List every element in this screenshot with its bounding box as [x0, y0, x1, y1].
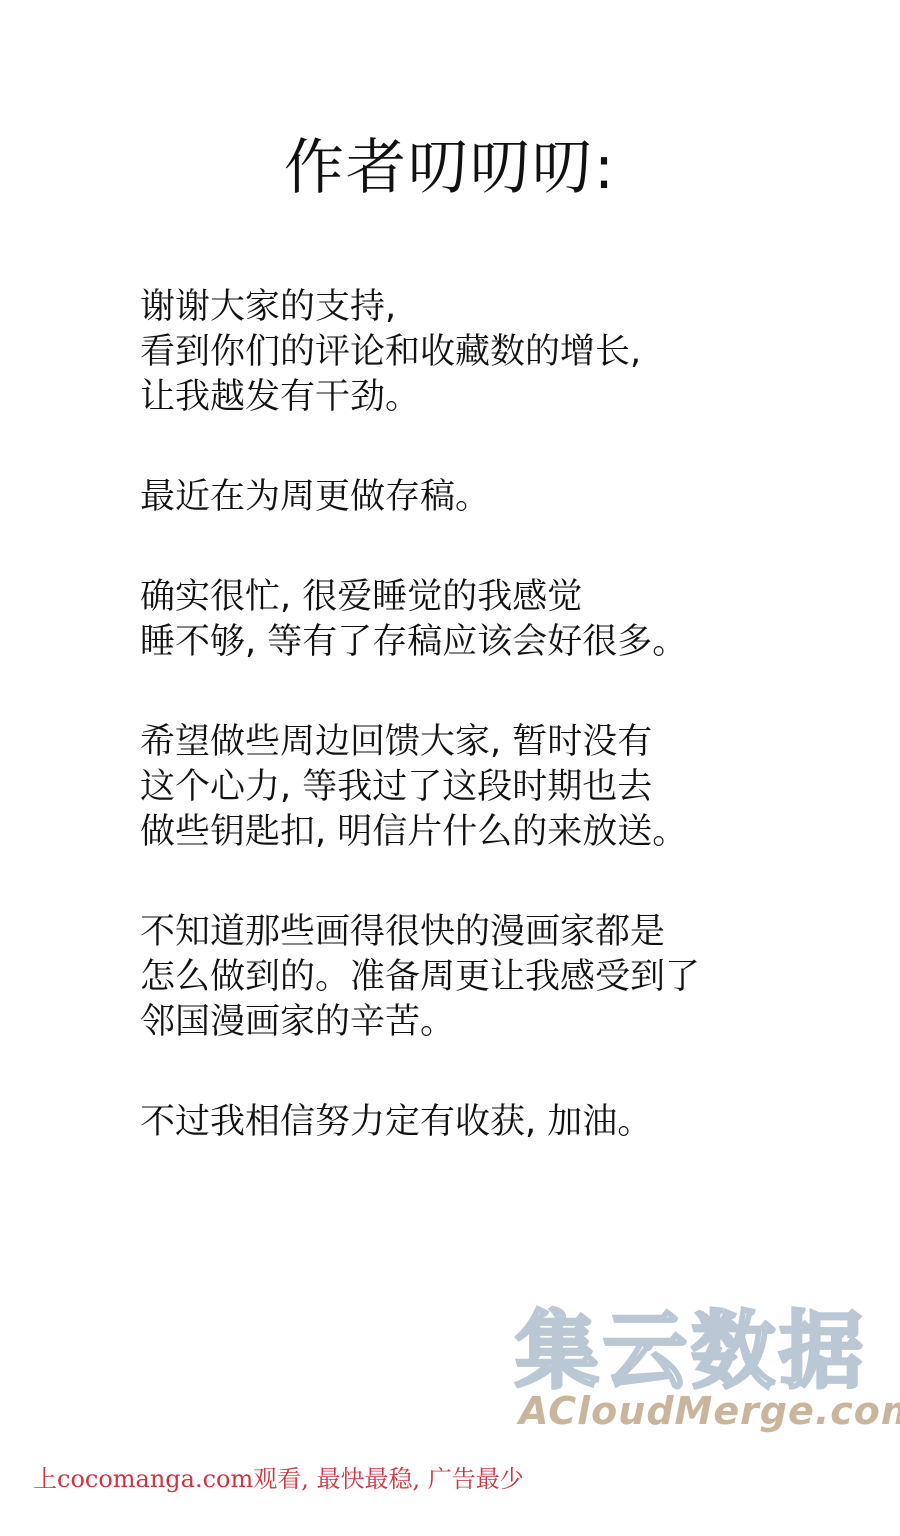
paragraph-weekly-update: 最近在为周更做存稿。: [140, 475, 840, 520]
footer-ad-link[interactable]: 上cocomanga.com观看, 最快最稳, 广告最少: [33, 1462, 524, 1496]
watermark-chinese-text: 集云数据: [515, 1305, 867, 1397]
paragraph-manga-artists: 不知道那些画得很快的漫画家都是 怎么做到的。准备周更让我感受到了 邻国漫画家的辛…: [140, 910, 840, 1045]
text-line: 做些钥匙扣, 明信片什么的来放送。: [140, 810, 840, 855]
text-line: 不过我相信努力定有收获, 加油。: [140, 1100, 840, 1145]
paragraph-busy: 确实很忙, 很爱睡觉的我感觉 睡不够, 等有了存稿应该会好很多。: [140, 575, 840, 665]
text-line: 让我越发有干劲。: [140, 375, 840, 420]
page-title: 作者叨叨叨:: [0, 128, 900, 208]
text-line: 睡不够, 等有了存稿应该会好很多。: [140, 620, 840, 665]
watermark-logo: 集云数据 ACloudMerge.com: [515, 1305, 895, 1435]
paragraph-thanks: 谢谢大家的支持, 看到你们的评论和收藏数的增长, 让我越发有干劲。: [140, 285, 840, 420]
text-line: 不知道那些画得很快的漫画家都是: [140, 910, 840, 955]
paragraph-encouragement: 不过我相信努力定有收获, 加油。: [140, 1100, 840, 1145]
paragraph-merchandise: 希望做些周边回馈大家, 暂时没有 这个心力, 等我过了这段时期也去 做些钥匙扣,…: [140, 720, 840, 855]
text-line: 怎么做到的。准备周更让我感受到了: [140, 955, 840, 1000]
text-line: 看到你们的评论和收藏数的增长,: [140, 330, 840, 375]
watermark-english-text: ACloudMerge.com: [519, 1389, 900, 1433]
text-line: 谢谢大家的支持,: [140, 285, 840, 330]
text-line: 确实很忙, 很爱睡觉的我感觉: [140, 575, 840, 620]
text-line: 这个心力, 等我过了这段时期也去: [140, 765, 840, 810]
text-line: 最近在为周更做存稿。: [140, 475, 840, 520]
author-note-body: 谢谢大家的支持, 看到你们的评论和收藏数的增长, 让我越发有干劲。 最近在为周更…: [140, 285, 840, 1200]
text-line: 希望做些周边回馈大家, 暂时没有: [140, 720, 840, 765]
text-line: 邻国漫画家的辛苦。: [140, 1000, 840, 1045]
